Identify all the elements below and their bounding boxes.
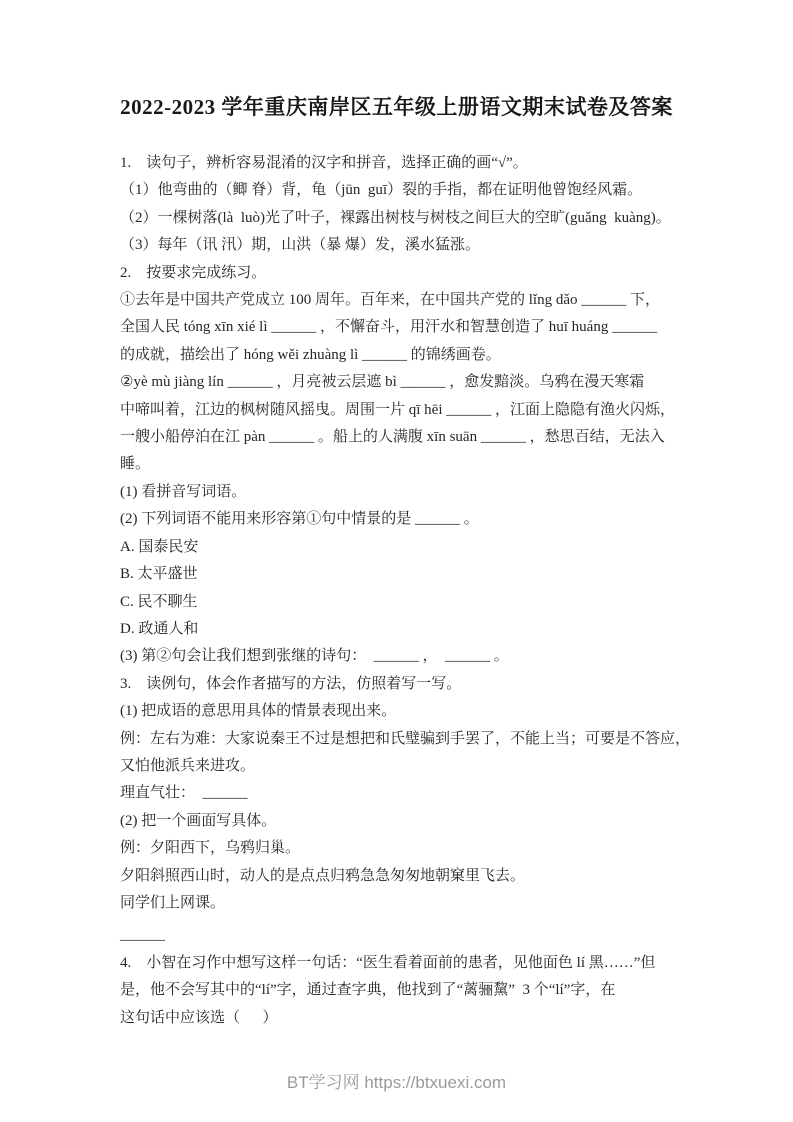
doc-line: （3）每年（讯 汛）期，山洪（暴 爆）发，溪水猛涨。 — [120, 232, 686, 259]
doc-line: (3) 第②句会让我们想到张继的诗句： ______ ， ______ 。 — [120, 643, 686, 670]
doc-line: 中啼叫着，江边的枫树随风摇曳。周围一片 qī hēi ______ ，江面上隐隐… — [120, 397, 686, 424]
doc-line: 理直气壮： ______ — [120, 780, 686, 807]
doc-line answer-option: B. 太平盛世 — [120, 561, 686, 588]
exam-body: 1. 读句子，辨析容易混淆的汉字和拼音，选择正确的画“√”。 （1）他弯曲的（鲫… — [120, 150, 686, 1032]
doc-line: 全国人民 tóng xīn xié lì ______ ，不懈奋斗，用汗水和智慧… — [120, 314, 686, 341]
doc-line: (1) 看拼音写词语。 — [120, 479, 686, 506]
page-title: 2022-2023 学年重庆南岸区五年级上册语文期末试卷及答案 — [0, 91, 793, 121]
doc-line: 又怕他派兵来进攻。 — [120, 753, 686, 780]
doc-line: 4. 小智在习作中想写这样一句话：“医生看着面前的患者，见他面色 lí 黑……”… — [120, 950, 686, 977]
doc-line answer-option: D. 政通人和 — [120, 616, 686, 643]
doc-line: 的成就，描绘出了 hóng wěi zhuàng lì ______ 的锦绣画卷… — [120, 342, 686, 369]
doc-line: 一艘小船停泊在江 pàn ______ 。船上的人满腹 xīn suān ___… — [120, 424, 686, 451]
doc-line: 1. 读句子，辨析容易混淆的汉字和拼音，选择正确的画“√”。 — [120, 150, 686, 177]
doc-line answer-option: C. 民不聊生 — [120, 589, 686, 616]
doc-line: 是，他不会写其中的“lí”字，通过查字典，他找到了“蓠骊黧” 3 个“lí”字，… — [120, 977, 686, 1004]
doc-line: ②yè mù jiàng lín ______ ，月亮被云层遮 bì _____… — [120, 369, 686, 396]
doc-line: (2) 把一个画面写具体。 — [120, 808, 686, 835]
doc-line: （2）一棵树落(là luò)光了叶子，裸露出树枝与树枝之间巨大的空旷(guǎn… — [120, 205, 686, 232]
doc-line: ①去年是中国共产党成立 100 周年。百年来，在中国共产党的 lǐng dǎo … — [120, 287, 686, 314]
doc-line: 3. 读例句，体会作者描写的方法，仿照着写一写。 — [120, 671, 686, 698]
doc-line answer-option: A. 国泰民安 — [120, 534, 686, 561]
footer-watermark: BT学习网 https://btxuexi.com — [0, 1068, 793, 1093]
doc-line: 这句话中应该选（ ） — [120, 1005, 686, 1032]
doc-line: 2. 按要求完成练习。 — [120, 260, 686, 287]
doc-line: 例：夕阳西下，乌鸦归巢。 — [120, 835, 686, 862]
doc-line: (1) 把成语的意思用具体的情景表现出来。 — [120, 698, 686, 725]
doc-line: (2) 下列词语不能用来形容第①句中情景的是 ______ 。 — [120, 506, 686, 533]
doc-line blank-answer-line: ______ — [120, 922, 686, 949]
doc-line: （1）他弯曲的（鲫 脊）背，龟（jūn guī）裂的手指，都在证明他曾饱经风霜。 — [120, 177, 686, 204]
doc-line: 夕阳斜照西山时，动人的是点点归鸦急急匆匆地朝窠里飞去。 — [120, 863, 686, 890]
doc-line: 睡。 — [120, 451, 686, 478]
doc-line: 例：左右为难：大家说秦王不过是想把和氏璧骗到手罢了，不能上当；可要是不答应， — [120, 726, 686, 753]
doc-line: 同学们上网课。 — [120, 890, 686, 917]
